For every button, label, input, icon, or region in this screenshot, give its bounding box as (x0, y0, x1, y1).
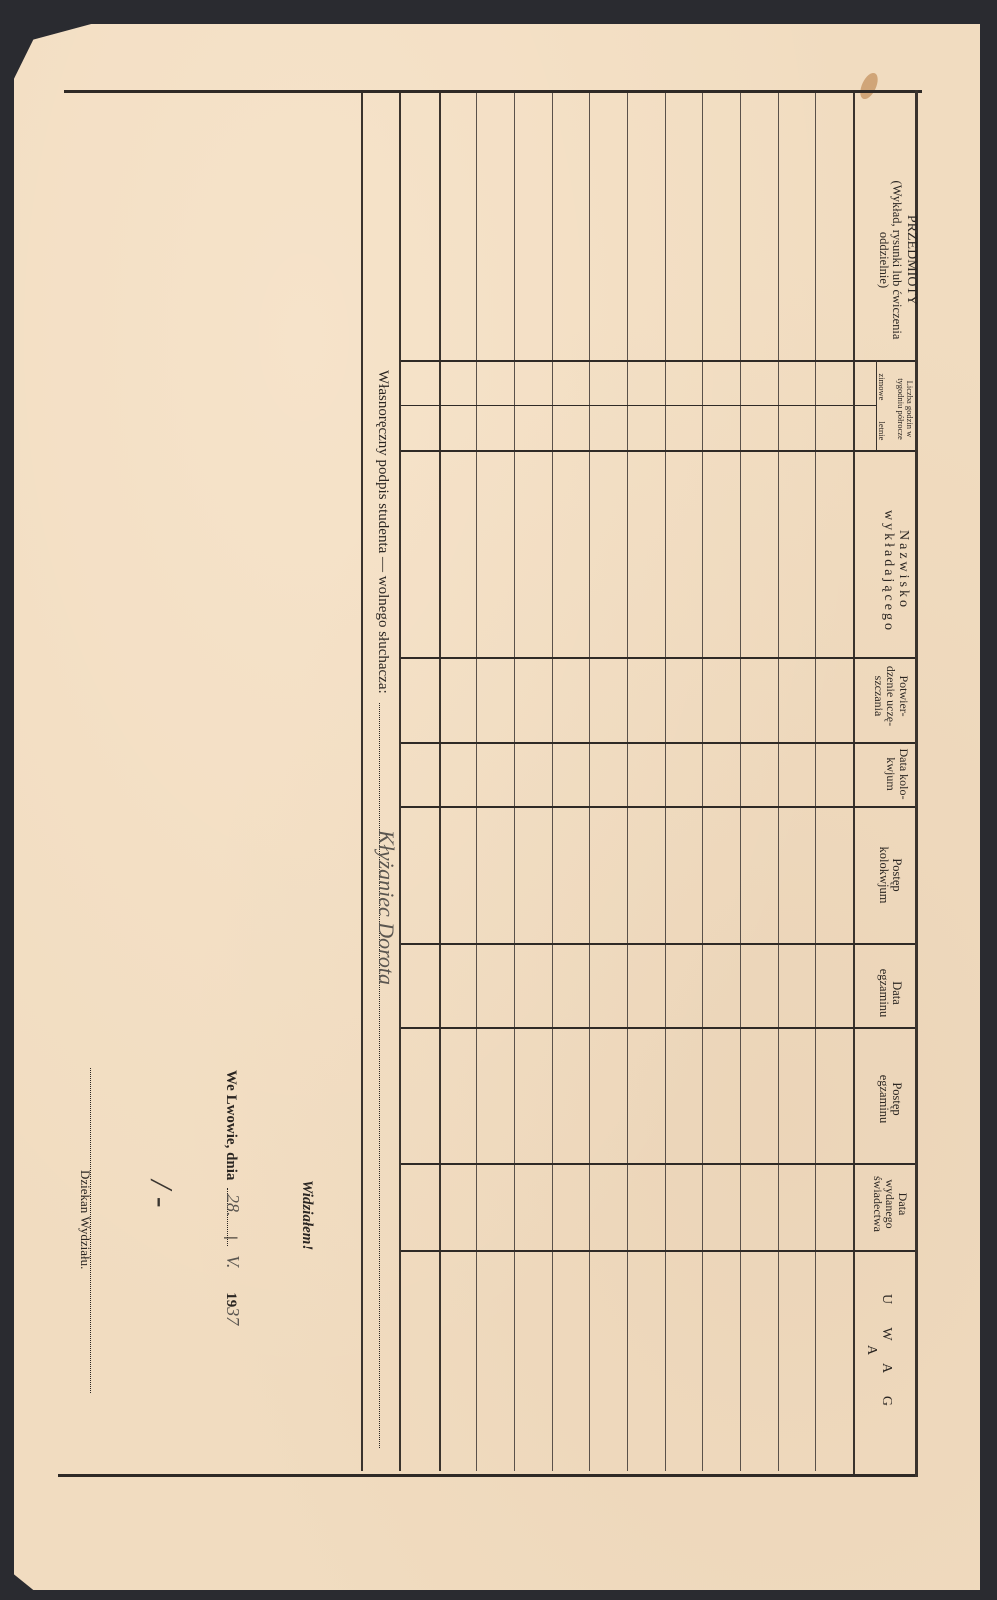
year-prefix: 19 (223, 1292, 239, 1307)
student-signature: Kłyżaniec Dorota (373, 830, 399, 985)
seen-label: Widziałem! (298, 1180, 315, 1250)
header-data-egzaminu-title: Data egzaminu (877, 963, 903, 1023)
header-data-swiadectwa-title: Data wydanego świadectwa (871, 1168, 909, 1240)
signature-label: Własnoręczny podpis studenta — wolnego s… (375, 370, 391, 694)
form-bottom-border (58, 1474, 918, 1477)
dean-label: Dziekan Wydziału. (77, 1170, 93, 1269)
table-row-divider (552, 93, 553, 1471)
table-column-divider (401, 1027, 915, 1029)
table-column-divider (401, 806, 915, 808)
header-uwaga-title: U W A G A (864, 1285, 893, 1425)
table-row-divider (476, 93, 477, 1471)
header-column-border (853, 93, 855, 1474)
table-column-divider (401, 1250, 915, 1252)
signature-column-border (361, 93, 363, 1471)
table-column-divider (401, 657, 915, 659)
liczba-godzin-subheader-line (855, 405, 876, 406)
table-row-divider (815, 93, 816, 1471)
year-handwritten: 37 (223, 1307, 243, 1325)
table-row-divider (702, 93, 703, 1471)
header-przedmioty-title: PRZEDMIOTY (903, 160, 918, 360)
table-row-divider (514, 93, 515, 1471)
header-przedmioty-subtitle: (Wykład, rysunki lub ćwiczenia oddzielni… (877, 160, 903, 360)
form-top-border (64, 90, 922, 93)
signature-dotted-line (379, 703, 381, 1448)
table-column-divider (401, 742, 915, 744)
header-nazwisko-title: Nazwisko wykładającego (881, 510, 910, 630)
table-row-divider (439, 93, 441, 1471)
header-zimowe: zimowe (877, 368, 886, 406)
table-row-divider (665, 93, 666, 1471)
table-column-divider (401, 405, 853, 406)
header-liczba-godzin-title: Liczba godzin w tygodniu półrocze (896, 368, 914, 450)
header-data-kolokwjum-title: Data kolo-kwjum (885, 748, 910, 800)
date-separator: | (223, 1236, 239, 1239)
date-day: 28. (223, 1194, 243, 1217)
table-row-divider (740, 93, 741, 1471)
table-column-divider (401, 360, 915, 362)
header-postep-kolokwjum-title: Postęp kolokwjum (877, 835, 903, 915)
table-column-divider (401, 943, 915, 945)
table-left-border (399, 93, 401, 1471)
table-column-divider (401, 1163, 915, 1165)
header-potwierdzenie-title: Potwier-dzenie uczę-szczania (872, 660, 910, 732)
table-row-divider (778, 93, 779, 1471)
date-month: V. (223, 1255, 243, 1268)
table-column-divider (401, 450, 915, 452)
header-letnie: letnie (877, 412, 886, 450)
header-postep-egzaminu-title: Postęp egzaminu (877, 1068, 903, 1130)
table-row-divider (627, 93, 628, 1471)
table-row-divider (589, 93, 590, 1471)
place-date-label: We Lwowie, dnia (223, 1070, 239, 1180)
